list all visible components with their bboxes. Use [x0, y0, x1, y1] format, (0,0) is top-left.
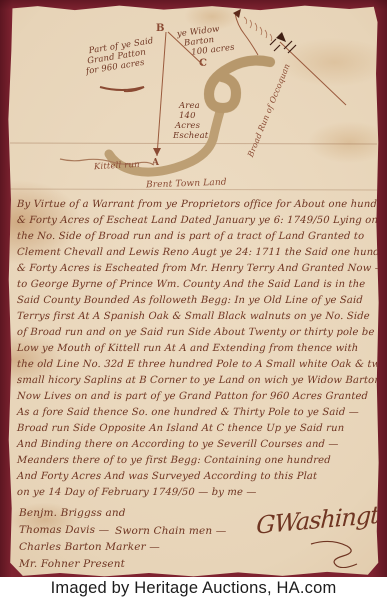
watermark-text: Imaged by Heritage Auctions, HA.com	[51, 579, 337, 598]
body-line: & Forty Acres of Escheat Land Dated Janu…	[17, 213, 373, 229]
watermark-bar: Imaged by Heritage Auctions, HA.com	[0, 577, 387, 600]
course-notation-squiggles	[244, 17, 272, 41]
fold-line-upper	[10, 143, 377, 144]
manuscript-paper: B C A Part of ye Said Grand Patton for 9…	[8, 5, 379, 577]
body-line: Clement Chevall and Lewis Reno Augt ye 2…	[17, 245, 373, 261]
body-line: to George Byrne of Prince Wm. County And…	[17, 277, 373, 293]
present-name: Mr. Fohner Present	[19, 556, 160, 573]
body-line: As a fore Said thence So. one hundred & …	[17, 405, 373, 421]
body-line: And Binding there on According to ye Sev…	[17, 437, 373, 453]
area-note-line1: Area	[179, 101, 208, 111]
river-edge-shading	[209, 60, 270, 108]
body-line: Terrys first At A Spanish Oak & Small Bl…	[17, 309, 373, 325]
survey-line-b-to-a	[157, 32, 166, 156]
area-note-line4: Escheat	[173, 131, 208, 141]
body-line: small hicory Saplins at B Corner to ye L…	[17, 373, 373, 389]
body-line: Meanders there of to ye first Begg: Cont…	[17, 453, 373, 469]
area-note: Area 140 Acres Escheat	[173, 101, 208, 141]
photographed-document: B C A Part of ye Said Grand Patton for 9…	[0, 0, 387, 600]
survey-body-text: By Virtue of a Warrant from ye Proprieto…	[17, 197, 372, 501]
washington-signature: GWashington	[256, 498, 387, 539]
body-line: Low ye Mouth of Kittell run At A and Ext…	[17, 341, 373, 357]
body-line: of Broad run and on ye Said run Side Abo…	[17, 325, 373, 341]
marker-name: Charles Barton Marker —	[19, 539, 160, 556]
body-line: Now Lives on and is part of ye Grand Pat…	[17, 389, 373, 405]
fold-line-lower	[10, 189, 377, 190]
attestation-block: Benjm. Briggss and Thomas Davis — Sworn …	[19, 505, 160, 573]
area-note-line3: Acres	[175, 121, 208, 131]
chainman-1: Benjm. Briggss and	[19, 505, 160, 522]
area-note-line2: 140	[179, 111, 208, 121]
body-line: on ye 14 Day of February 1749/50 — by me…	[17, 485, 373, 501]
creek-arrowhead	[233, 9, 241, 18]
body-line: Broad run Side Opposite An Island At C t…	[17, 421, 373, 437]
north-needle-arrowhead	[276, 32, 286, 42]
point-a-arrowhead	[153, 148, 161, 156]
body-line: & Forty Acres is Escheated from Mr. Henr…	[17, 261, 373, 277]
sworn-chain-men-note: Sworn Chain men —	[115, 525, 226, 537]
compass-star	[270, 39, 296, 53]
grant-note-flourish	[100, 87, 144, 91]
body-line: Said County Bounded As followeth Begg: I…	[17, 293, 373, 309]
body-line: the No. Side of Broad run and is part of…	[17, 229, 373, 245]
body-line: By Virtue of a Warrant from ye Proprieto…	[17, 197, 373, 213]
body-line: the old Line No. 32d E three hundred Pol…	[17, 357, 373, 373]
body-line: And Forty Acres And was Surveyed Accordi…	[17, 469, 373, 485]
signature-paraph-flourish	[303, 538, 363, 568]
